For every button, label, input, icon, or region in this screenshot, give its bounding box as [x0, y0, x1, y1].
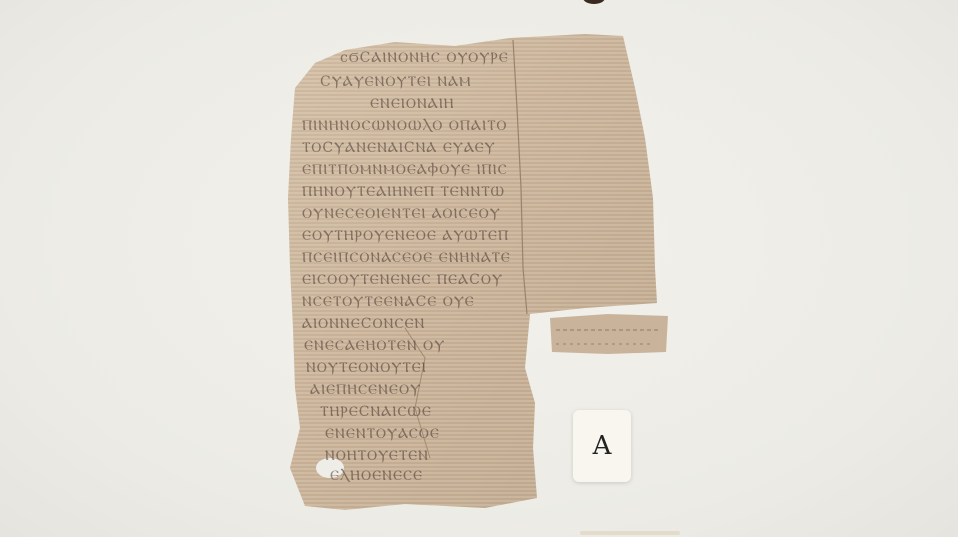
text-line: ϹⲨⲀⲨⲈⲚⲞⲨⲦⲈⲒ ⲚⲀⲘ: [320, 74, 472, 92]
text-line: ⲠⲤⲈⲒⲠⲤⲞⲚⲀⲤⲈⲞⲈ ⲈⲚⲎⲚⲀⲦⲈ: [302, 250, 511, 268]
text-line: ⲠⲒⲚⲎⲚⲞⲤⲰⲚⲞⲰⲖⲞ ⲞⲠⲀⲒⲦⲞ: [302, 118, 507, 136]
text-line: ⲞⲨⲚⲈⲤⲈⲞⲒⲈⲚⲦⲈⲒ ⲀⲞⲒⲤⲈⲞⲨ: [302, 206, 501, 224]
text-line: ⲚⲤⲈⲦⲞⲨⲦⲈⲈⲚⲀϹⲈ ⲞⲨⲈ: [302, 294, 475, 312]
text-line: ⲦⲞϹⲨⲀⲚⲈⲚⲀⲒϹⲚⲀ ⲈⲨⲀⲈⲨ: [302, 140, 496, 158]
text-line: ⲀⲒⲞⲚⲚⲈϹⲞⲚⲤⲈⲚ: [302, 316, 425, 334]
text-line: ⲈⲚⲈⲒⲞⲚⲀⲒⲎ: [370, 96, 455, 114]
text-line: ⲚⲞⲎⲦⲞⲨⲈⲦⲈⲚ: [325, 448, 429, 466]
text-line: ⲦⲎⲢⲈϹⲚⲀⲒⲤⲰⲈ: [320, 404, 432, 422]
text-line: ⲚⲞⲨⲦⲈⲞⲚⲞⲨⲦⲈⲒ: [306, 360, 427, 378]
text-line: ⲀⲒⲈⲠⲎⲤⲈⲚⲈⲞⲨ: [310, 382, 421, 400]
text-line: ϲϬϹⲀⲒⲚⲞⲚⲎⲤ ⲞⲨⲞⲨⲢⲈ: [340, 50, 509, 68]
label-letter: A: [593, 431, 612, 461]
text-line: ⲈⲚⲈⲤⲀⲈⲎⲞⲦⲈⲚ ⲞⲨ: [304, 338, 445, 356]
text-line: ⲠⲎⲚⲞⲨⲦⲈⲀⲒⲎⲚⲈⲠ ⲦⲈⲚⲚⲦⲰ: [302, 184, 505, 202]
text-line: ⲈⲞⲨⲦⲎⲢⲞⲨⲈⲚⲈⲞⲈ ⲀⲨⲰⲦⲈⲠ: [302, 228, 509, 246]
text-line: ⲈⲒⲤⲞⲞⲨⲦⲈⲚⲈⲚⲈⲤ ⲠⲈⲀϹⲞⲨ: [302, 272, 503, 290]
text-line: ⲈⲠⲒⲦⲠⲞⲘⲚⲘⲞⲈⲀⲪⲞⲨⲈ ⲒⲠⲒⲤ: [302, 162, 508, 180]
specimen-label: A: [573, 410, 631, 482]
text-line: ⲈⲚⲈⲚⲦⲞⲨⲀⲤⲞⲈ: [325, 426, 440, 444]
mount-strip: [580, 531, 680, 535]
text-line: ⲈⲖⲎⲞⲈⲚⲈⲤⲈ: [330, 468, 423, 486]
